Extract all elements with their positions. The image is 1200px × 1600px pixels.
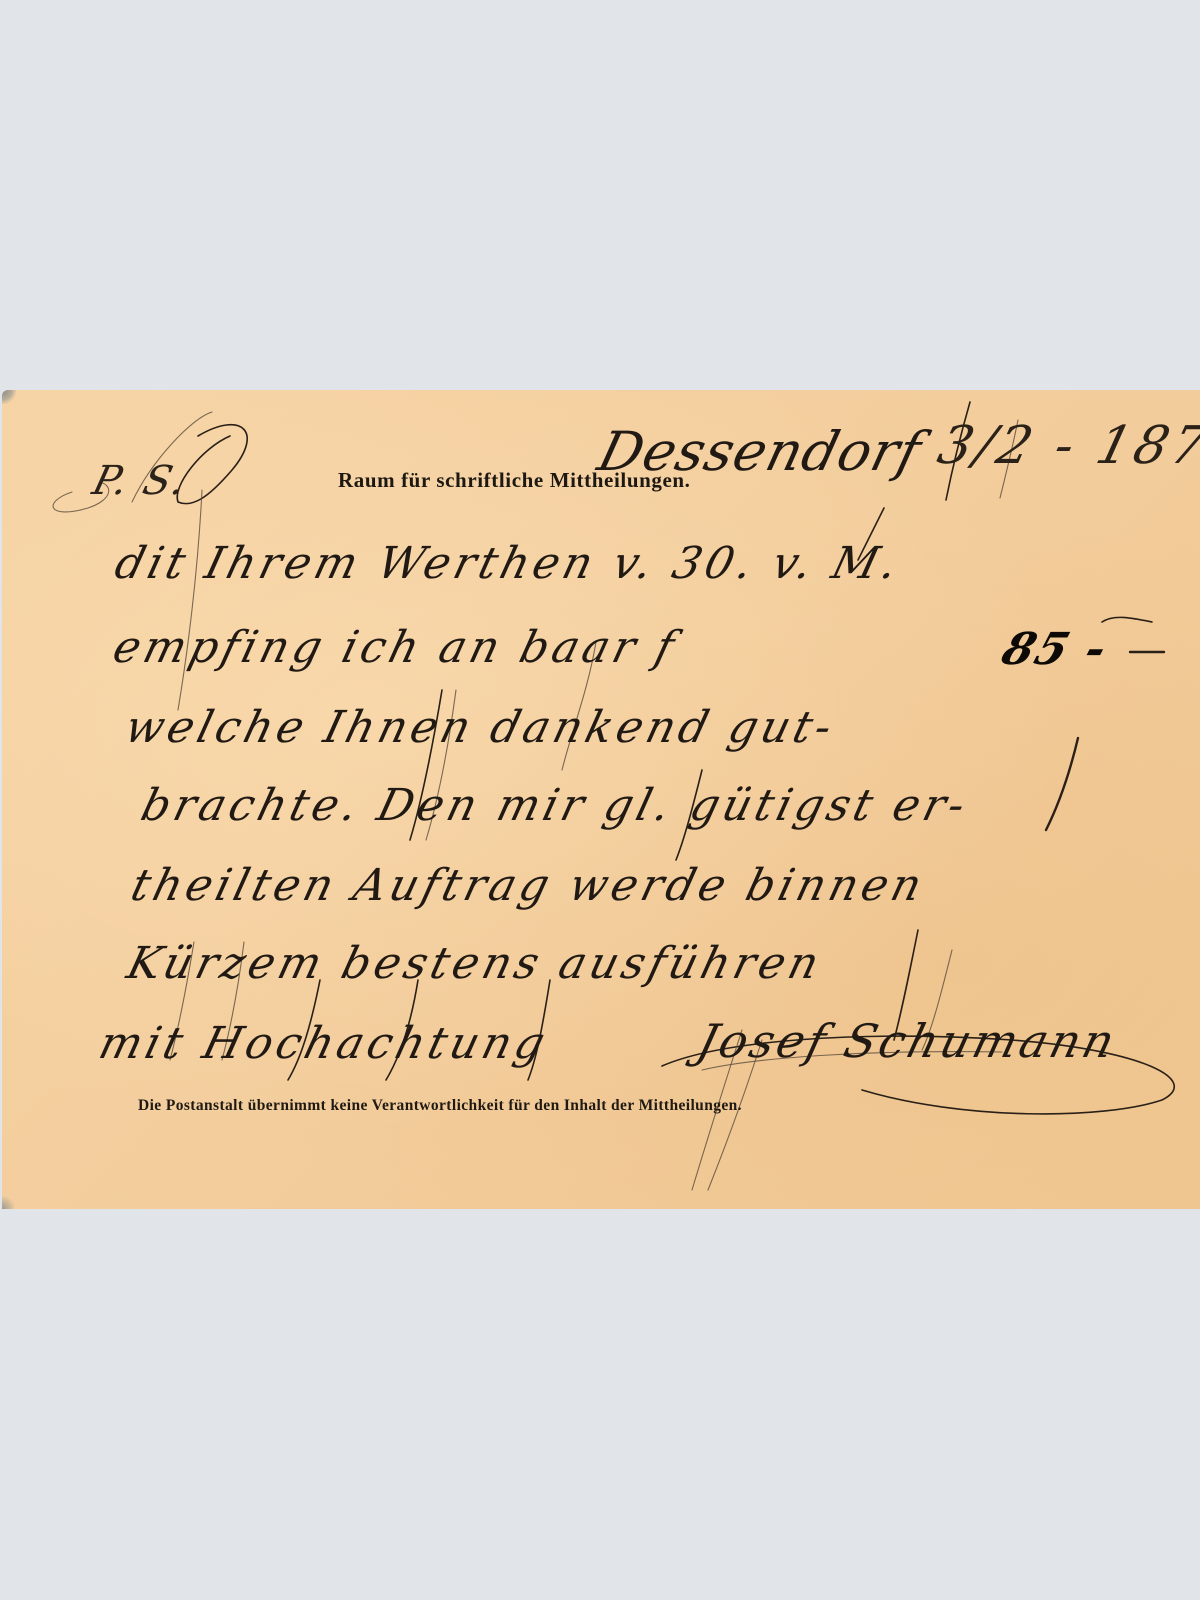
- handwritten-line-6: Kürzem bestens ausführen: [122, 938, 828, 989]
- image-viewer: Raum für schriftliche Mittheilungen. P. …: [0, 0, 1200, 1600]
- handwritten-line-7: mit Hochachtung: [94, 1018, 554, 1069]
- corner-wear-top-left: [2, 390, 16, 404]
- handwritten-line-3: welche Ihnen dankend gut-: [120, 702, 841, 753]
- handwritten-postscript: P. S.: [88, 458, 192, 504]
- handwritten-amount: 85 -: [996, 624, 1115, 675]
- corner-wear-bottom-left: [2, 1195, 14, 1209]
- handwritten-line-2: empfing ich an baar f: [108, 622, 683, 673]
- handwritten-line-4: brachte. Den mir gl. gütigst er-: [136, 780, 974, 831]
- handwritten-place: Dessendorf: [592, 420, 928, 483]
- handwritten-line-5: theilten Auftrag werde binnen: [126, 860, 931, 911]
- handwritten-signature: Josef Schumann: [692, 1014, 1123, 1068]
- postcard: Raum für schriftliche Mittheilungen. P. …: [2, 390, 1200, 1209]
- handwritten-line-1: dit Ihrem Werthen v. 30. v. M.: [110, 538, 906, 589]
- printed-footer: Die Postanstalt übernimmt keine Verantwo…: [138, 1097, 742, 1115]
- handwritten-date: 3/2 - 187: [932, 416, 1200, 476]
